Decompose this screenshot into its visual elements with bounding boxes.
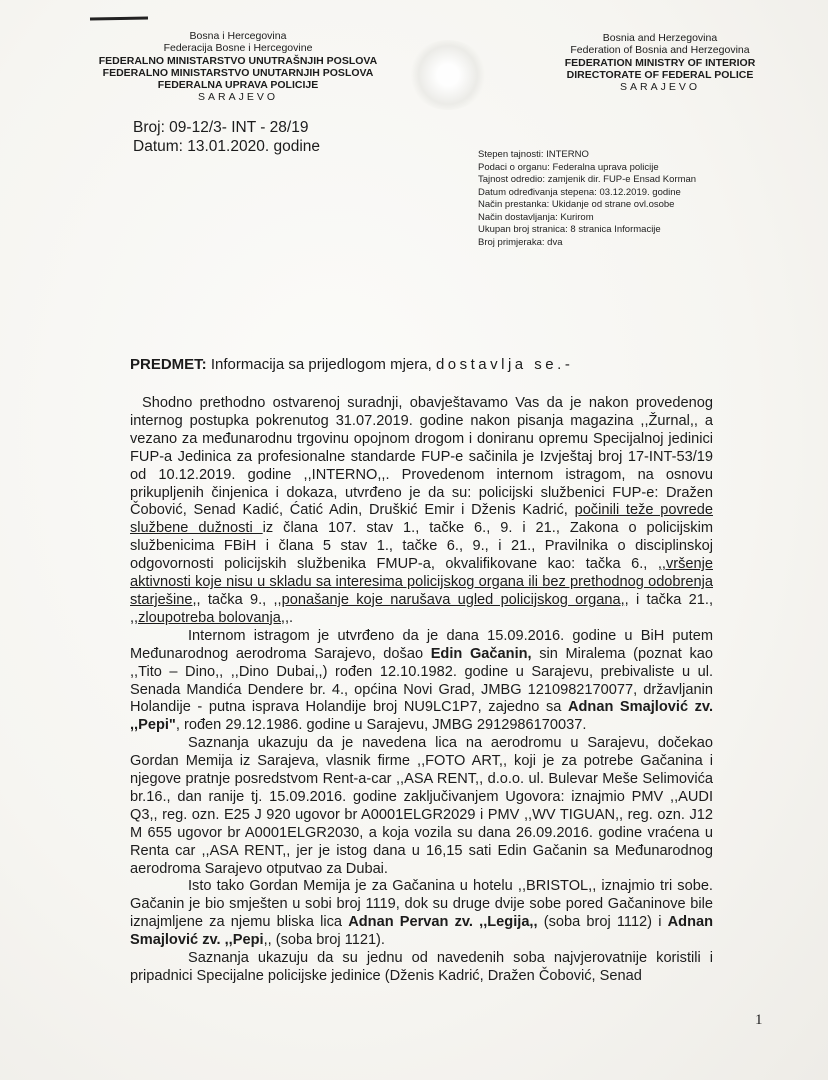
letterhead-english: Bosnia and Herzegovina Federation of Bos… (545, 32, 775, 93)
reference-number: Broj: 09-12/3- INT - 28/19 (133, 118, 320, 137)
classification-termination: Način prestanka: Ukidanje od strane ovl.… (478, 199, 696, 212)
classification-organ: Podaci o organu: Federalna uprava polici… (478, 162, 696, 175)
letterhead-ministry-1: FEDERALNO MINISTARSTVO UNUTRAŠNJIH POSLO… (88, 55, 388, 67)
letterhead-country: Bosna i Hercegovina (88, 30, 388, 42)
subject-text: Informacija sa prijedlogom mjera, (211, 356, 432, 373)
letterhead-ministry-2: FEDERALNO MINISTARSTVO UNUTARNJIH POSLOV… (88, 67, 388, 79)
letterhead-bosnian: Bosna i Hercegovina Federacija Bosne i H… (88, 30, 388, 104)
page-number: 1 (755, 1012, 763, 1029)
letterhead-federation: Federacija Bosne i Hercegovine (88, 42, 388, 54)
reference-date: Datum: 13.01.2020. godine (133, 137, 320, 156)
letterhead-ministry-en: FEDERATION MINISTRY OF INTERIOR (545, 57, 775, 69)
classification-copies: Broj primjeraka: dva (478, 237, 696, 250)
reference-block: Broj: 09-12/3- INT - 28/19 Datum: 13.01.… (133, 118, 320, 156)
letterhead-country-en: Bosnia and Herzegovina (545, 32, 775, 44)
paragraph-2: Internom istragom je utvrđeno da je dana… (130, 628, 713, 735)
subject-spaced-text: dostavlja se.- (436, 356, 573, 373)
classification-delivery: Način dostavljanja: Kurirom (478, 212, 696, 225)
classification-level: Stepen tajnosti: INTERNO (478, 149, 696, 162)
classification-authority: Tajnost odredio: zamjenik dir. FUP-e Ens… (478, 174, 696, 187)
subject-label: PREDMET: (130, 356, 207, 373)
classification-block: Stepen tajnosti: INTERNO Podaci o organu… (478, 149, 696, 249)
classification-date: Datum određivanja stepena: 03.12.2019. g… (478, 187, 696, 200)
letterhead-police: FEDERALNA UPRAVA POLICIJE (88, 79, 388, 91)
letterhead-directorate-en: DIRECTORATE OF FEDERAL POLICE (545, 69, 775, 81)
letterhead-city: SARAJEVO (88, 91, 388, 103)
faded-emblem-icon (408, 40, 488, 110)
paragraph-3: Saznanja ukazuju da je navedena lica na … (130, 735, 713, 878)
subject-line: PREDMET: Informacija sa prijedlogom mjer… (130, 356, 573, 373)
classification-page-count: Ukupan broj stranica: 8 stranica Informa… (478, 224, 696, 237)
letterhead-federation-en: Federation of Bosnia and Herzegovina (545, 44, 775, 56)
letter-body: Shodno prethodno ostvarenoj suradnji, ob… (130, 395, 713, 986)
paragraph-5: Saznanja ukazuju da su jednu od navedeni… (130, 950, 713, 986)
document-page: Bosna i Hercegovina Federacija Bosne i H… (0, 0, 828, 1080)
paragraph-1: Shodno prethodno ostvarenoj suradnji, ob… (130, 395, 713, 628)
paragraph-4: Isto tako Gordan Memija je za Gačanina u… (130, 878, 713, 950)
handwritten-dash (90, 16, 148, 20)
letterhead-city-en: SARAJEVO (545, 81, 775, 93)
